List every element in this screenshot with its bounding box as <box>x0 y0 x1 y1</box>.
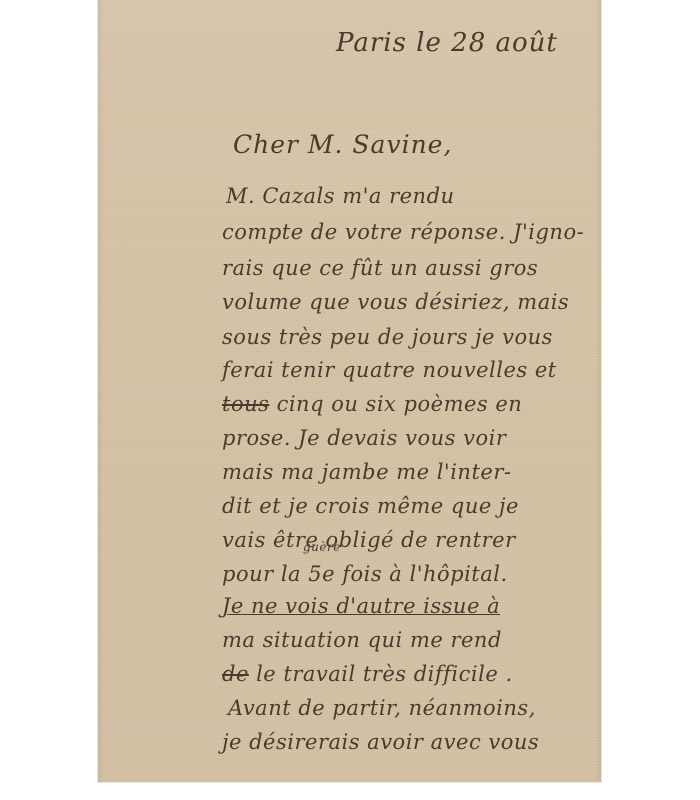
struck-word: tous <box>222 392 269 416</box>
body-line: pour la 5e fois à l'hôpital. <box>222 562 508 586</box>
body-line: je désirerais avoir avec vous <box>222 730 539 754</box>
body-line-text: le travail très difficile . <box>256 662 513 686</box>
body-line: volume que vous désiriez, mais <box>222 290 569 314</box>
body-line: dit et je crois même que je <box>222 494 519 518</box>
body-line: M. Cazals m'a rendu <box>226 184 455 208</box>
letter-page: Paris le 28 août Cher M. Savine, M. Caza… <box>98 0 601 782</box>
struck-word: de <box>222 662 249 686</box>
body-line-underlined: Je ne vois d'autre issue à <box>222 594 500 618</box>
body-line: Avant de partir, néanmoins, <box>228 696 536 720</box>
place-date: Paris le 28 août <box>336 28 558 58</box>
body-line: mais ma jambe me l'inter- <box>222 460 511 484</box>
body-line: compte de votre réponse. J'igno- <box>222 220 584 244</box>
interlinear-insertion: guère <box>303 540 341 554</box>
body-line: ferai tenir quatre nouvelles et <box>222 358 557 382</box>
body-line-text: cinq ou six poèmes en <box>277 392 523 416</box>
body-line-with-strikeout: de le travail très difficile . <box>222 662 513 686</box>
body-line: rais que ce fût un aussi gros <box>222 256 538 280</box>
body-line: prose. Je devais vous voir <box>222 426 506 450</box>
body-line: vais être obligé de rentrer <box>222 528 516 552</box>
body-line: sous très peu de jours je vous <box>222 325 553 349</box>
body-line-with-strikeout: tous cinq ou six poèmes en <box>222 392 522 416</box>
body-line: ma situation qui me rend <box>222 628 502 652</box>
salutation: Cher M. Savine, <box>233 130 452 159</box>
